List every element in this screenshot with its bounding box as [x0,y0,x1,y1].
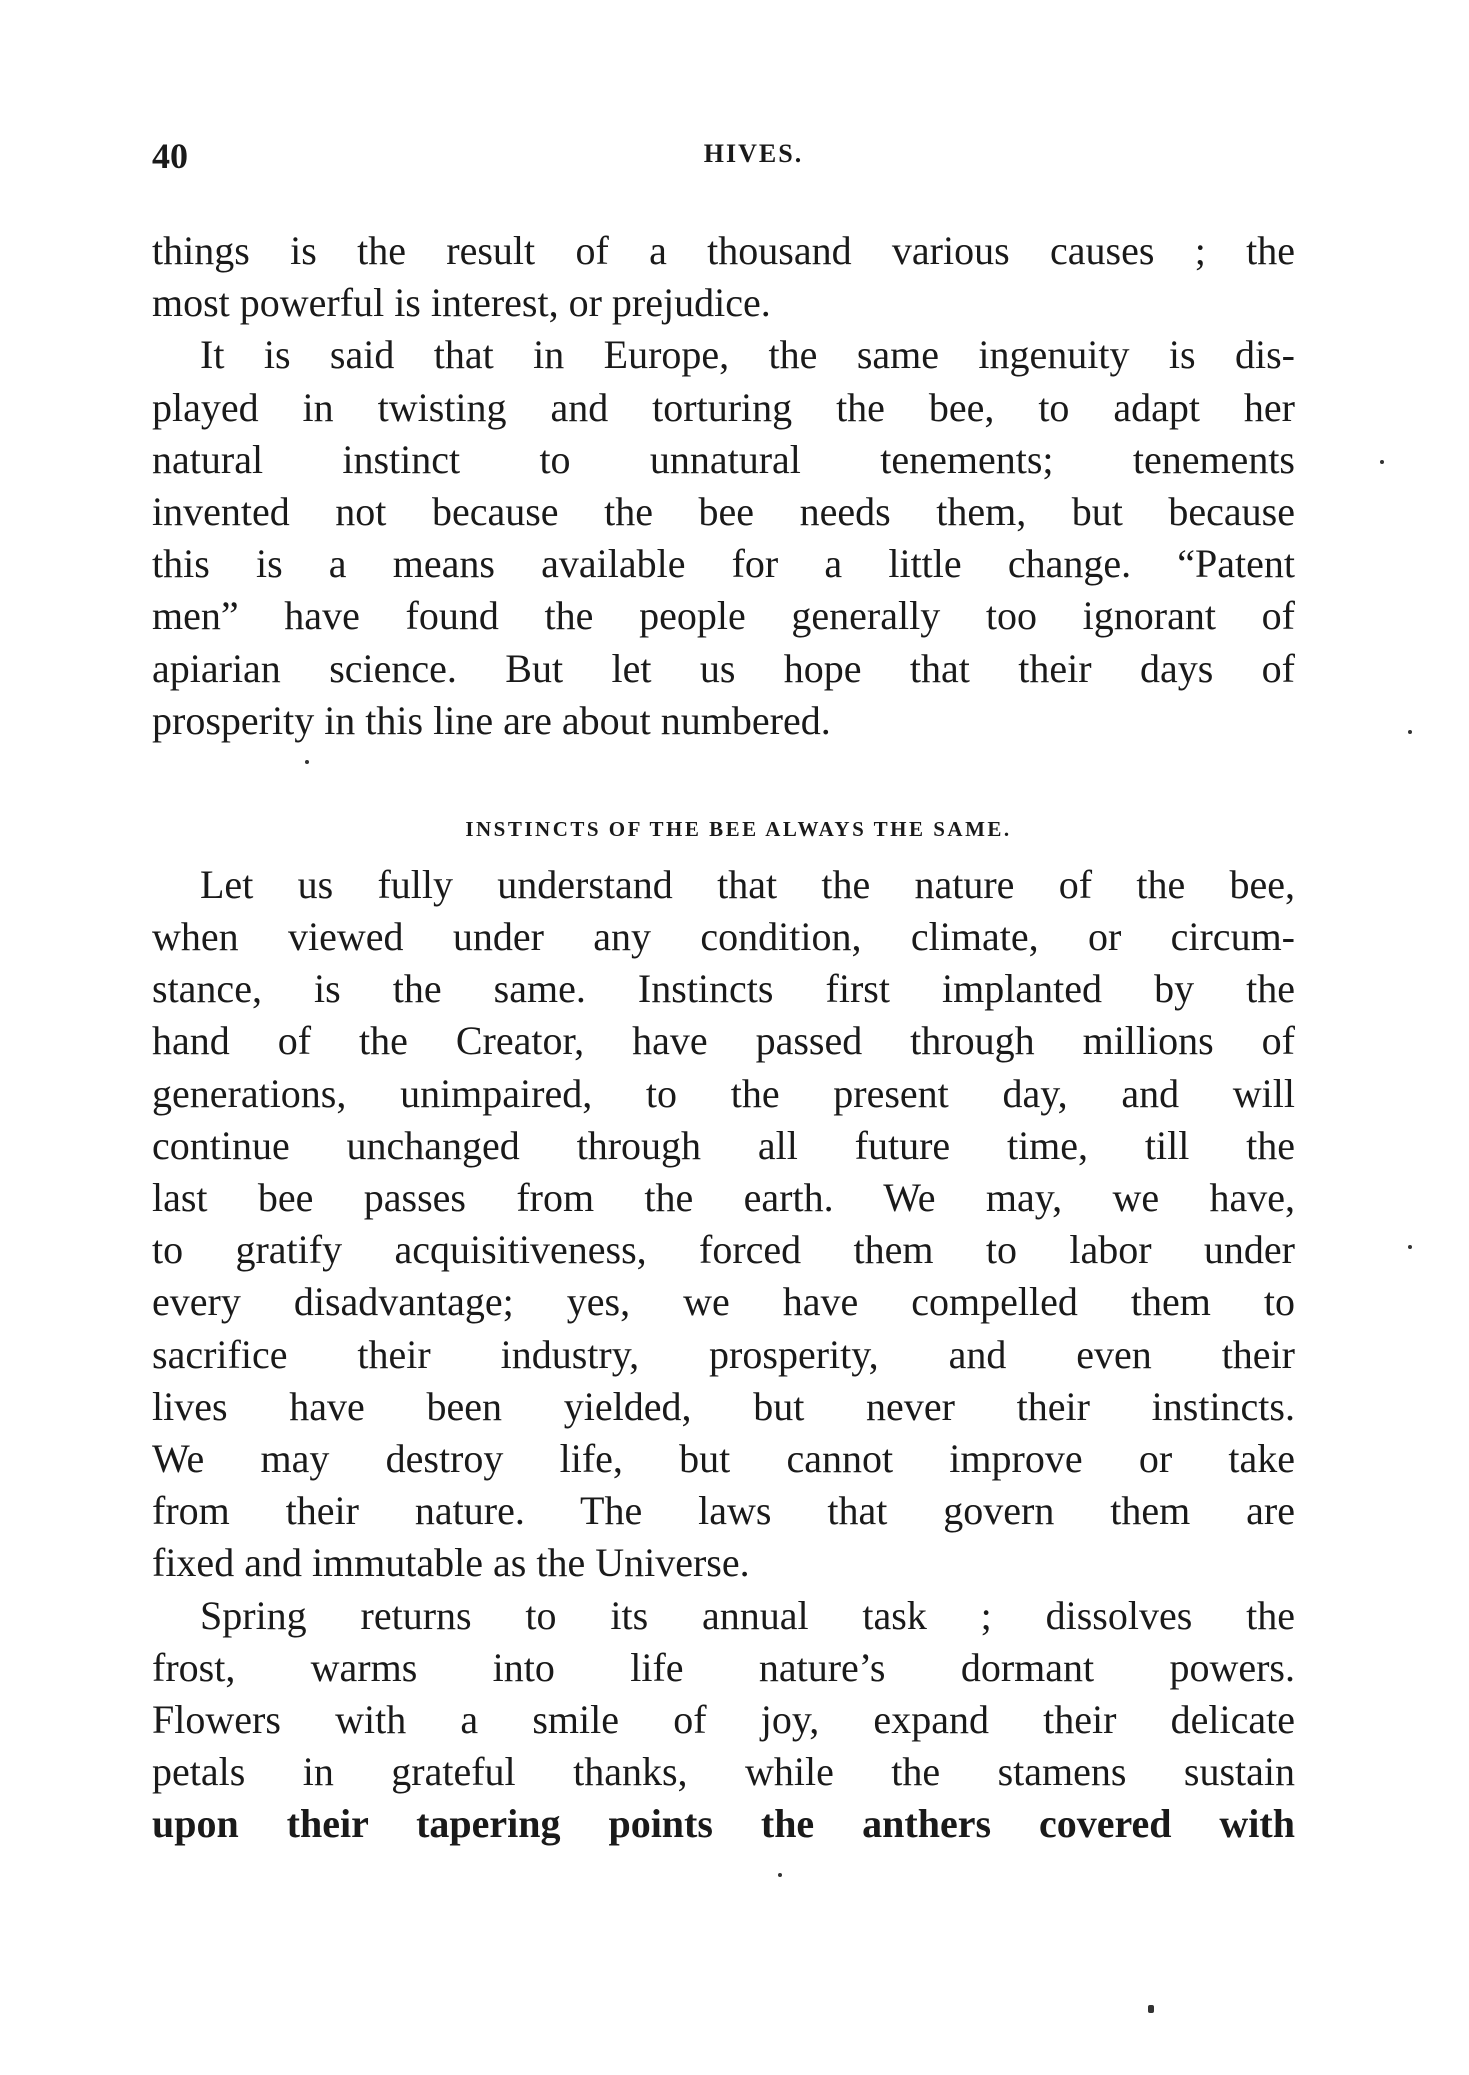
text-line: men” have found the people generally too… [152,590,1295,642]
text-line: petals in grateful thanks, while the sta… [152,1746,1295,1798]
scan-speck [1380,460,1384,464]
paragraph-instincts: Let us fully understand that the nature … [152,859,1295,1590]
text-line: frost, warms into life nature’s dormant … [152,1642,1295,1694]
paragraph-europe: It is said that in Europe, the same inge… [152,329,1295,747]
text-line: sacrifice their industry, prosperity, an… [152,1329,1295,1381]
book-page: 40 HIVES. things is the result of a thou… [152,135,1295,1850]
text-line: continue unchanged through all future ti… [152,1120,1295,1172]
text-line: apiarian science. But let us hope that t… [152,643,1295,695]
text-line: to gratify acquisitiveness, forced them … [152,1224,1295,1276]
text-line: Spring returns to its annual task ; diss… [152,1590,1295,1642]
scan-speck [1408,1245,1412,1249]
text-line: this is a means available for a little c… [152,538,1295,590]
text-line: generations, unimpaired, to the present … [152,1068,1295,1120]
running-title: HIVES. [152,139,1295,169]
scan-speck [1148,2005,1154,2013]
text-line: hand of the Creator, have passed through… [152,1015,1295,1067]
text-line: upon their tapering points the anthers c… [152,1798,1295,1850]
text-line: from their nature. The laws that govern … [152,1485,1295,1537]
paragraph-continuation: things is the result of a thousand vario… [152,225,1295,329]
text-line: things is the result of a thousand vario… [152,225,1295,277]
body-text: things is the result of a thousand vario… [152,225,1295,1850]
text-line: Flowers with a smile of joy, expand thei… [152,1694,1295,1746]
scan-speck [1408,730,1412,734]
running-head: 40 HIVES. [152,135,1295,185]
section-heading: INSTINCTS OF THE BEE ALWAYS THE SAME. [152,809,1295,849]
scan-speck [305,760,309,764]
scan-speck [778,1873,782,1877]
text-line: lives have been yielded, but never their… [152,1381,1295,1433]
text-line: last bee passes from the earth. We may, … [152,1172,1295,1224]
text-line: when viewed under any condition, climate… [152,911,1295,963]
text-line: stance, is the same. Instincts first imp… [152,963,1295,1015]
text-line: fixed and immutable as the Universe. [152,1537,1295,1589]
paragraph-spring: Spring returns to its annual task ; diss… [152,1590,1295,1851]
text-line: natural instinct to unnatural tenements;… [152,434,1295,486]
text-line: prosperity in this line are about number… [152,695,1295,747]
text-line: We may destroy life, but cannot improve … [152,1433,1295,1485]
text-line: invented not because the bee needs them,… [152,486,1295,538]
text-line: It is said that in Europe, the same inge… [152,329,1295,381]
text-line: played in twisting and torturing the bee… [152,382,1295,434]
text-line: most powerful is interest, or prejudice. [152,277,1295,329]
text-line: Let us fully understand that the nature … [152,859,1295,911]
text-line: every disadvantage; yes, we have compell… [152,1276,1295,1328]
